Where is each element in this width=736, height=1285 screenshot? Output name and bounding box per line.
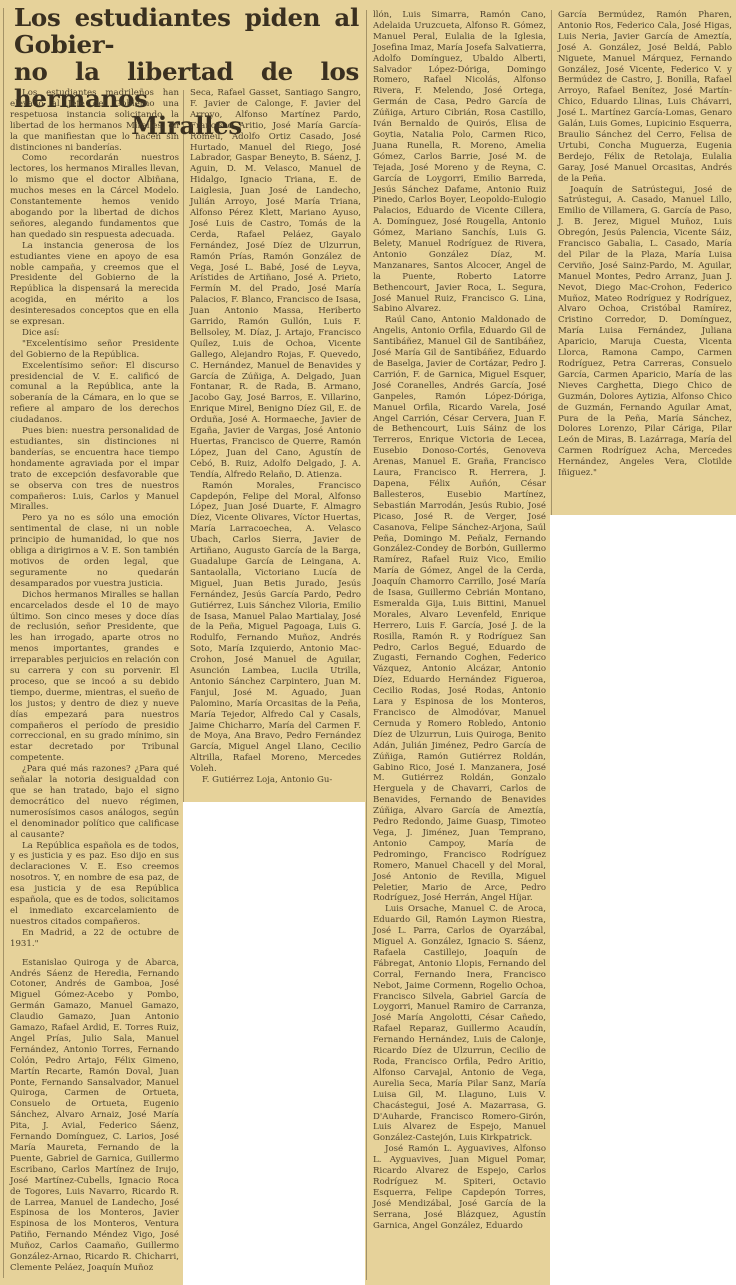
signatories-list: Estanislao Quiroga y de Abarca, Andrés S… [10,958,179,1274]
signatories-list: Luis Orsache, Manuel C. de Aroca, Eduard… [373,904,546,1144]
letter-paragraph: Dichos hermanos Miralles se hallan encar… [10,590,179,765]
body-paragraph: La instancia generosa de los estudiantes… [10,241,179,328]
article-column-2: Seca, Rafael Gasset, Santiago Sangro, F.… [184,86,365,802]
body-paragraph: Como recordarán nuestros lectores, los h… [10,153,179,240]
signatories-list: García Bermúdez, Ramón Pharen, Antonio R… [558,10,732,185]
signatories-list: Joaquín de Satrústegui, José de Satrúste… [558,185,732,479]
headline-line-1: Los estudiantes piden al Gobier- [14,4,359,58]
letter-paragraph: Pero ya no es sólo una emoción sentiment… [10,513,179,589]
letter-paragraph: Pues bien: nuestra personalidad de estud… [10,426,179,513]
signatories-list: Raúl Cano, Antonio Maldonado de Angelis,… [373,315,546,904]
article-column-3: llón, Luis Simarra, Ramón Cano, Adelaida… [367,8,550,1285]
letter-paragraph: La República española es de todos, y es … [10,841,179,928]
letter-paragraph: ¿Para qué más razones? ¿Para qué señalar… [10,764,179,840]
letter-paragraph: Excelentísimo señor: El discurso preside… [10,361,179,426]
article-column-4: García Bermúdez, Ramón Pharen, Antonio R… [552,8,736,515]
letter-date: En Madrid, a 22 de octubre de 1931." [10,928,179,950]
body-paragraph: Dice así: [10,328,179,339]
signatories-list: F. Gutiérrez Loja, Antonio Gu- [190,775,361,786]
article-column-1: Los estudiantes madrileños han elevado a… [4,86,183,1285]
signatories-list: José Ramón L. Ayguavives, Alfonso L. Ayg… [373,1144,546,1231]
intro-paragraph: Los estudiantes madrileños han elevado a… [10,88,179,153]
letter-salutation: "Excelentísimo señor Presidente del Gobi… [10,339,179,361]
signatories-list: Ramón Morales, Francisco Capdepón, Felip… [190,481,361,775]
signatories-list: llón, Luis Simarra, Ramón Cano, Adelaida… [373,10,546,315]
article-headline: Los estudiantes piden al Gobier- no la l… [0,0,365,86]
signatories-list: Seca, Rafael Gasset, Santiago Sangro, F.… [190,88,361,481]
